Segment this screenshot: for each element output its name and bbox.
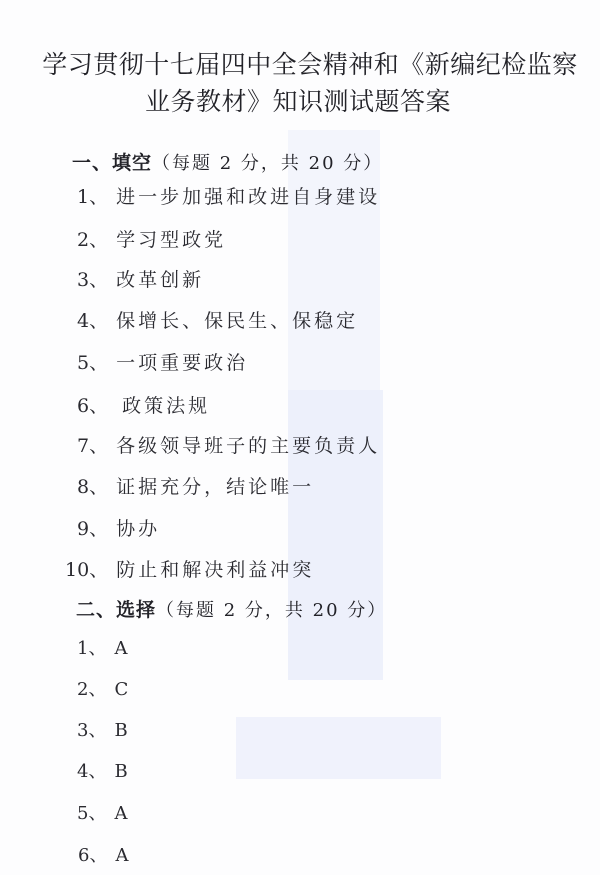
item-answer: 进一步加强和改进自身建设 xyxy=(116,186,380,208)
item-separator: 、 xyxy=(88,761,106,782)
item-number: 6 xyxy=(77,395,89,417)
item-answer: A xyxy=(114,638,127,659)
section-scoring-note: （每题 2 分，共 20 分） xyxy=(152,153,383,174)
item-answer: 证据充分，结论唯一 xyxy=(116,476,314,498)
item-number: 5 xyxy=(77,803,88,824)
item-answer: 协办 xyxy=(116,518,160,540)
section-heading-fill-blank: 一、填空（每题 2 分，共 20 分） xyxy=(72,148,383,175)
item-separator: 、 xyxy=(89,518,108,540)
item-answer: B xyxy=(114,720,127,741)
answer-item: 8、证据充分，结论唯一 xyxy=(77,472,314,499)
item-separator: 、 xyxy=(88,803,106,824)
item-number: 1 xyxy=(77,186,89,208)
item-number: 9 xyxy=(77,518,89,540)
answer-item: 3、改革创新 xyxy=(77,265,204,292)
item-answer: 保增长、保民生、保稳定 xyxy=(116,310,358,332)
document-title-line-1: 学习贯彻十七届四中全会精神和《新编纪检监察 xyxy=(10,45,600,81)
item-number: 10 xyxy=(65,559,89,581)
choice-answer-item: 4、B xyxy=(77,757,128,783)
item-number: 3 xyxy=(77,720,88,741)
item-separator: 、 xyxy=(88,720,106,741)
section-heading-multiple-choice: 二、选择（每题 2 分，共 20 分） xyxy=(76,595,387,622)
item-answer: 政策法规 xyxy=(122,395,210,417)
item-number: 3 xyxy=(77,269,89,291)
item-number: 4 xyxy=(77,761,88,782)
answer-item: 6、政策法规 xyxy=(77,391,210,418)
section-label: 二、选择 xyxy=(76,599,156,621)
answer-item: 9、协办 xyxy=(77,514,160,541)
item-separator: 、 xyxy=(89,269,108,291)
item-number: 4 xyxy=(77,310,89,332)
section-scoring-note: （每题 2 分，共 20 分） xyxy=(156,600,387,621)
item-number: 7 xyxy=(77,435,89,457)
answer-item: 7、各级领导班子的主要负责人 xyxy=(77,431,380,458)
item-separator: 、 xyxy=(89,352,108,374)
choice-answer-item: 1、A xyxy=(77,634,127,660)
item-number: 8 xyxy=(77,476,89,498)
answer-item: 10、防止和解决利益冲突 xyxy=(65,555,314,582)
item-separator: 、 xyxy=(89,186,108,208)
scan-tint-region xyxy=(236,717,441,779)
item-number: 2 xyxy=(77,229,89,251)
item-separator: 、 xyxy=(89,845,107,866)
answer-item: 5、一项重要政治 xyxy=(77,348,248,375)
item-number: 1 xyxy=(77,638,88,659)
document-title-line-2: 业务教材》知识测试题答案 xyxy=(0,82,598,118)
item-separator: 、 xyxy=(88,638,106,659)
section-label: 一、填空 xyxy=(72,152,152,174)
item-number: 5 xyxy=(77,352,89,374)
choice-answer-item: 3、B xyxy=(77,716,128,742)
item-number: 2 xyxy=(77,679,88,700)
item-answer: 一项重要政治 xyxy=(116,352,248,374)
item-answer: A xyxy=(115,845,128,866)
item-separator: 、 xyxy=(89,476,108,498)
item-answer: B xyxy=(114,761,127,782)
item-answer: 各级领导班子的主要负责人 xyxy=(116,435,380,457)
answer-item: 4、保增长、保民生、保稳定 xyxy=(77,306,358,333)
item-separator: 、 xyxy=(89,435,108,457)
item-answer: 学习型政党 xyxy=(116,229,226,251)
item-separator: 、 xyxy=(88,679,106,700)
item-answer: C xyxy=(114,679,128,700)
item-answer: 防止和解决利益冲突 xyxy=(116,559,314,581)
item-separator: 、 xyxy=(89,395,108,417)
choice-answer-item: 2、C xyxy=(77,675,128,701)
choice-answer-item: 5、A xyxy=(77,799,127,825)
item-answer: A xyxy=(114,803,127,824)
item-separator: 、 xyxy=(89,559,108,581)
answer-item: 1、进一步加强和改进自身建设 xyxy=(77,182,380,209)
answer-item: 2、学习型政党 xyxy=(77,225,226,252)
item-answer: 改革创新 xyxy=(116,269,204,291)
choice-answer-item: 6、A xyxy=(78,841,128,867)
item-separator: 、 xyxy=(89,229,108,251)
item-number: 6 xyxy=(78,845,89,866)
item-separator: 、 xyxy=(89,310,108,332)
